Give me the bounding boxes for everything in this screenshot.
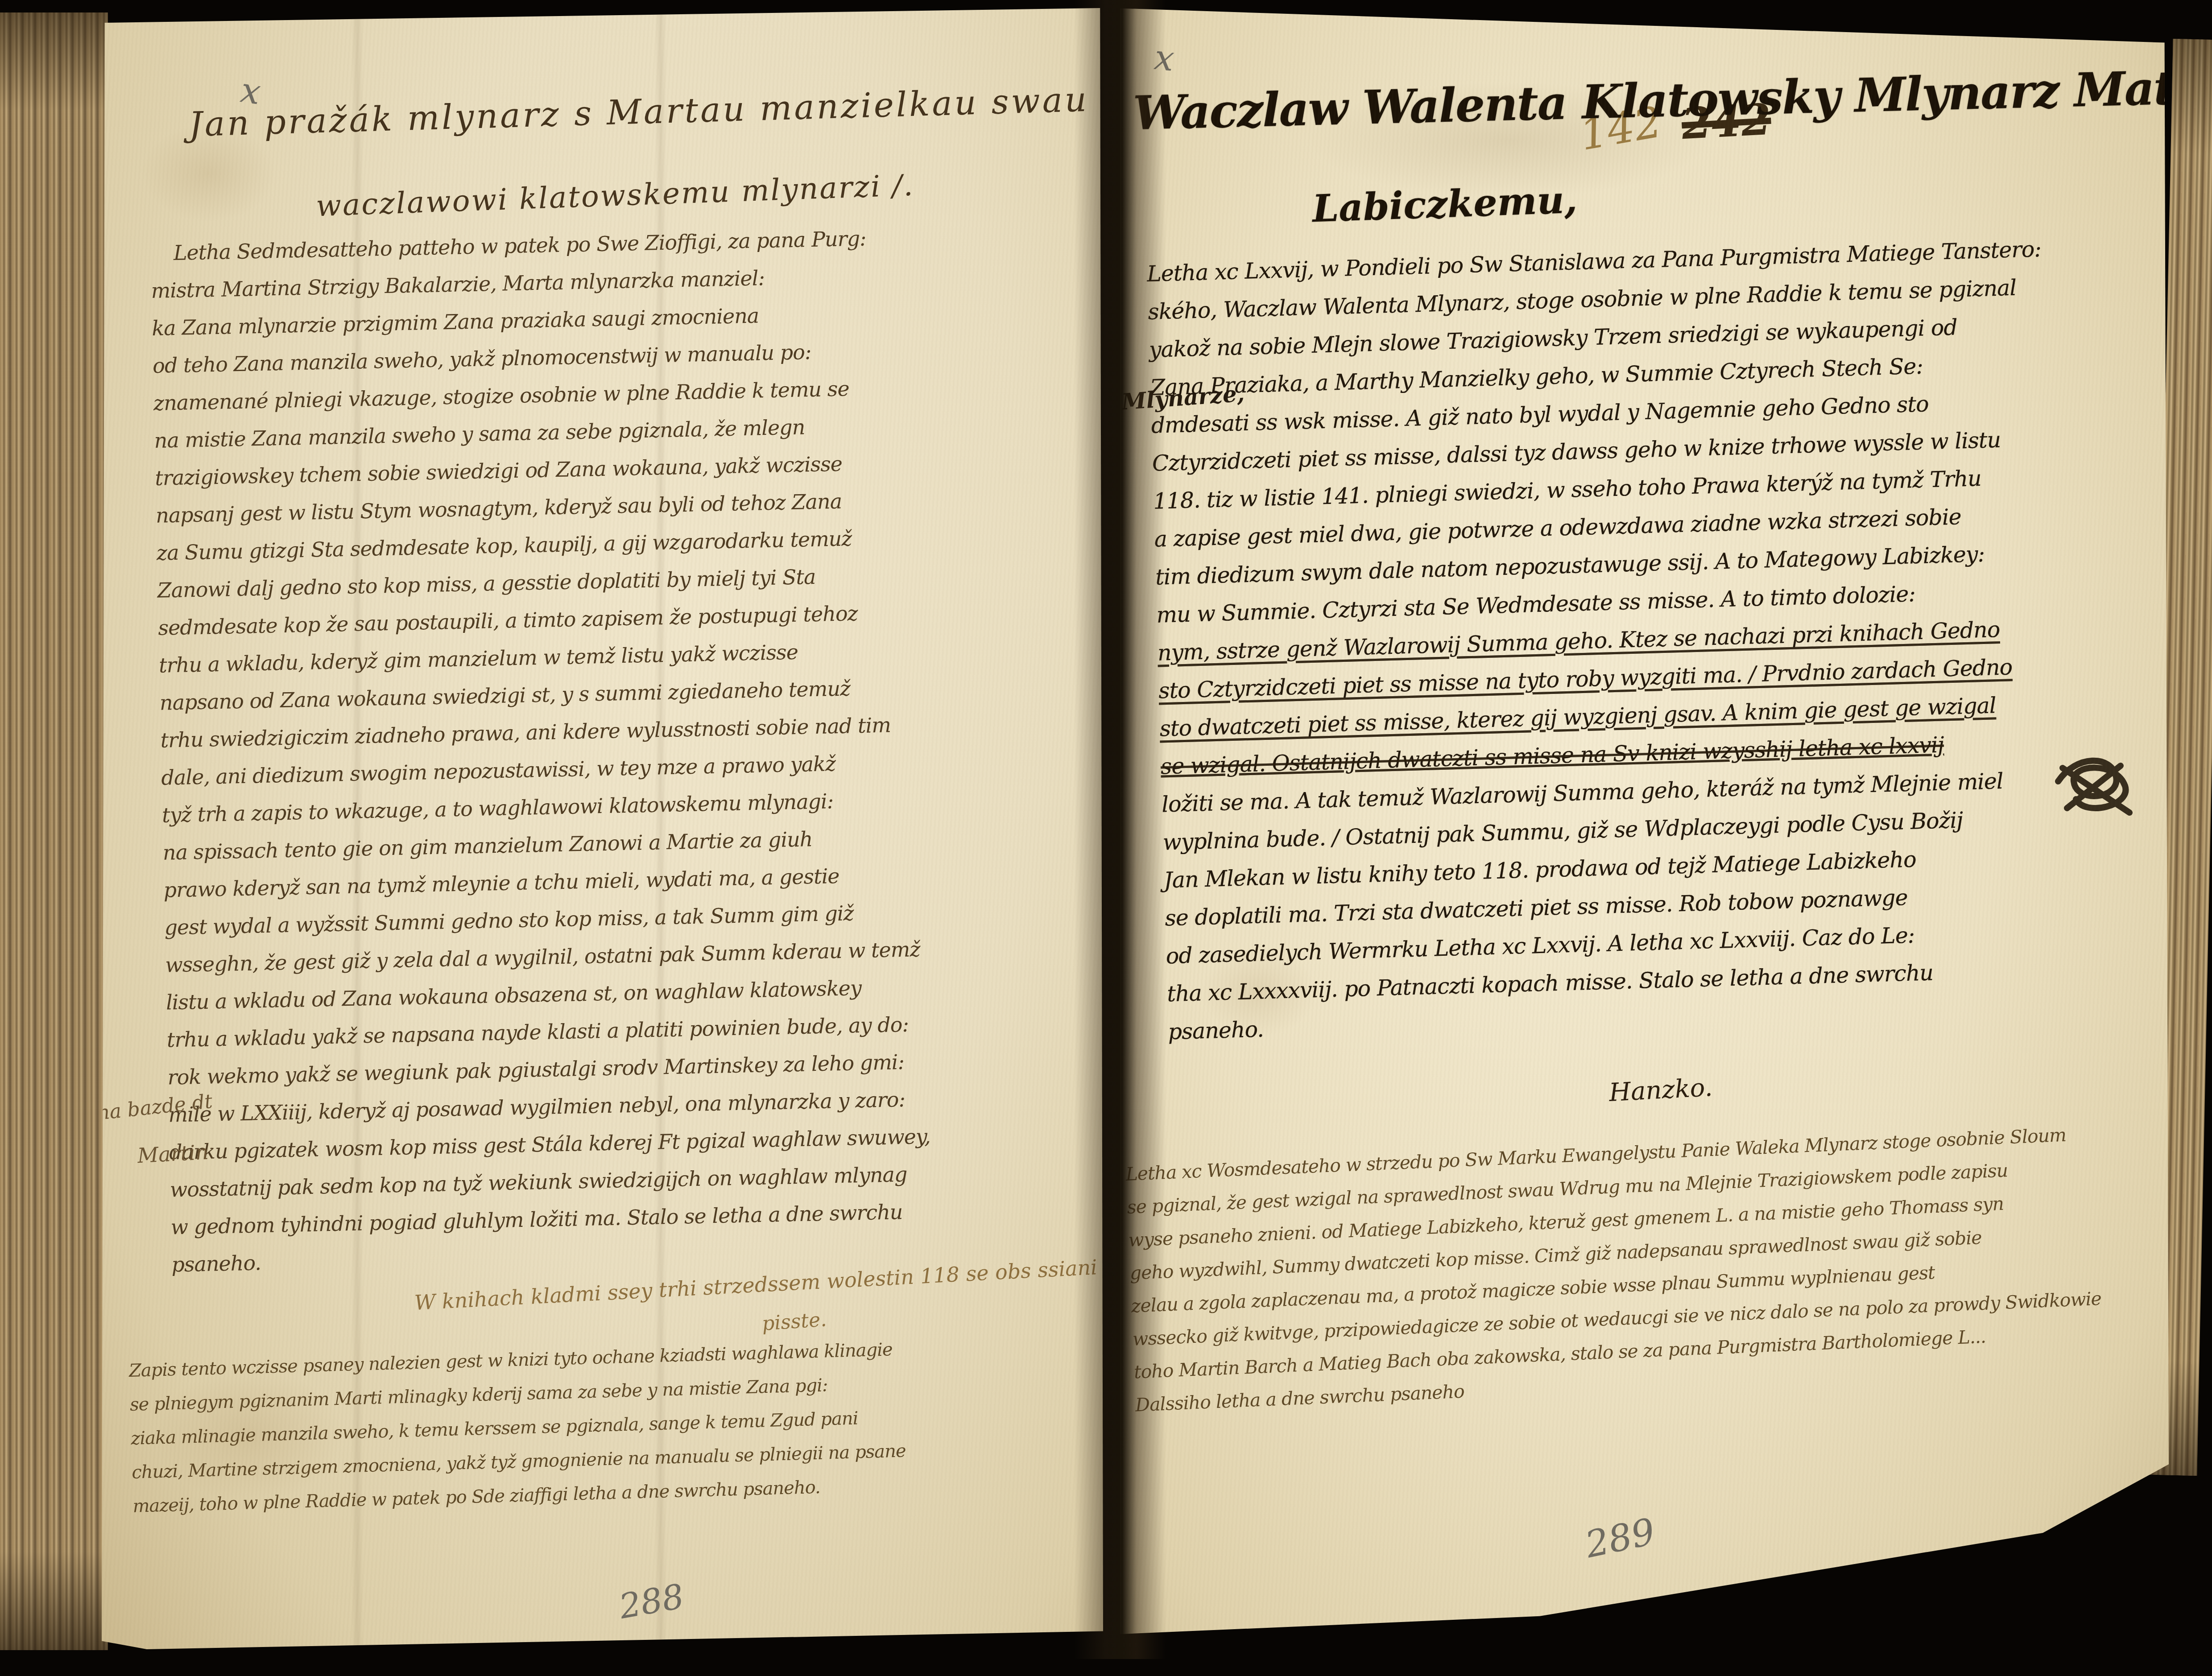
left-margin-note-line2: Martin: [137, 1140, 209, 1168]
clerk-signature: Hanzko.: [1608, 1073, 1713, 1107]
left-body-paragraph: Letha Sedmdesatteho patteho w patek po S…: [150, 215, 1117, 1284]
manuscript-photo: x Jan pražák mlynarz s Martau manzielkau…: [0, 0, 2212, 1676]
right-page: x 142 242 Waczlaw Walenta Klatowsky Mlyn…: [1120, 2, 2169, 1634]
right-bottom-paragraph: Letha xc Wosmdesateho w strzedu po Sw Ma…: [1125, 1114, 2179, 1421]
right-body-paragraph: Letha xc Lxxvij, w Pondieli po Sw Stanis…: [1146, 227, 2167, 1051]
left-inserted-light-word: pisste.: [761, 1308, 827, 1335]
left-entry-heading-line2: waczlawowi klatowskemu mlynarzi /.: [315, 168, 914, 223]
left-page-number: 288: [616, 1576, 686, 1626]
left-entry-heading-line1: Jan pražák mlynarz s Martau manzielkau s…: [188, 79, 1089, 144]
right-entry-heading-line2: Labiczkemu,: [1311, 178, 1578, 231]
left-bottom-paragraph: Zapis tento wczisse psaney nalezien gest…: [128, 1327, 1096, 1523]
right-page-number: 289: [1582, 1511, 1659, 1566]
ink-scribble-blot: [2049, 750, 2143, 835]
book-fore-edge-left: [0, 12, 108, 1650]
left-page: x Jan pražák mlynarz s Martau manzielkau…: [102, 8, 1103, 1649]
pencil-check-mark: x: [1152, 37, 1176, 79]
